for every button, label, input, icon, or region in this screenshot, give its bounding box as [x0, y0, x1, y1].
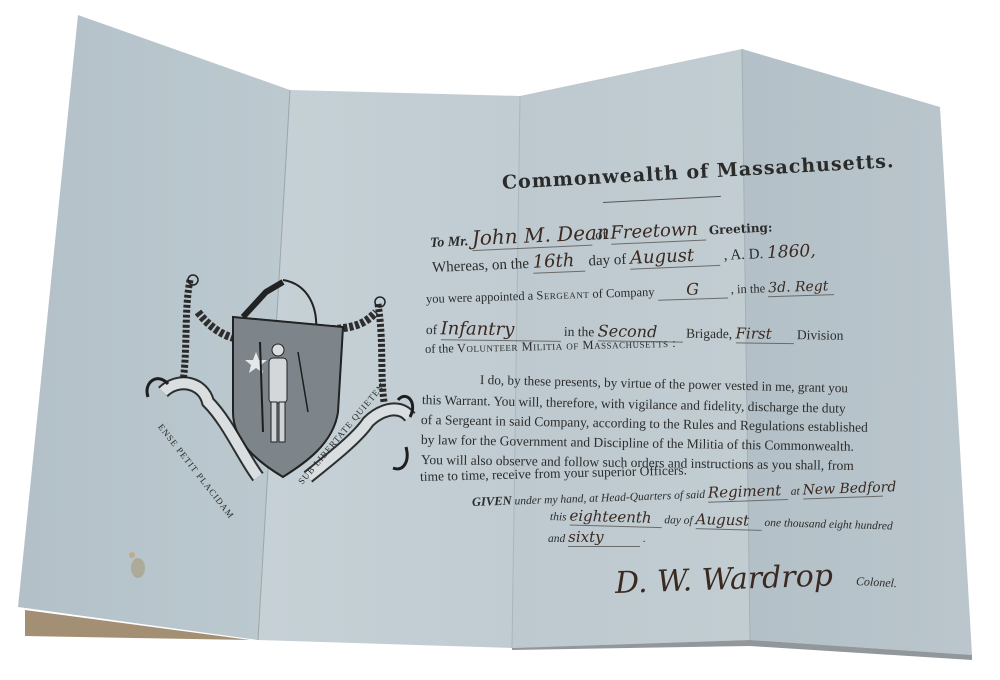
given-day: eighteenth: [569, 507, 661, 529]
rank: Sergeant: [536, 287, 589, 303]
to-label: To Mr.: [430, 234, 469, 251]
in-the-label: , in the: [731, 281, 766, 296]
whereas-prefix: Whereas, on the: [432, 256, 530, 276]
given-place: New Bedford: [802, 480, 883, 500]
given-line: GIVEN under my hand, at Head-Quarters of…: [472, 478, 883, 511]
appointment-year: 1860,: [767, 241, 816, 263]
at-label: at: [791, 486, 800, 498]
given-year: sixty: [568, 528, 640, 547]
given-label: GIVEN: [472, 494, 512, 509]
of-label-2: of: [426, 322, 437, 337]
given-text: under my hand, at Head-Quarters of said: [514, 489, 705, 508]
appointed-text: you were appointed a: [426, 289, 534, 306]
period: .: [643, 533, 646, 545]
recipient-name: John M. Dean: [471, 221, 592, 251]
and-label: and: [548, 533, 565, 545]
colonel-title: Colonel.: [856, 574, 898, 591]
recipient-town: Freetown: [610, 219, 706, 245]
brigade-label: Brigade,: [686, 326, 732, 342]
appointment-month: August: [630, 244, 721, 270]
title-rule: [603, 196, 721, 203]
this-label: this: [550, 511, 567, 523]
ad-label: , A. D.: [723, 246, 763, 264]
warrant-text: Commonwealth of Massachusetts. To Mr. Jo…: [0, 0, 1000, 680]
day-of-label-2: day of: [664, 514, 693, 527]
greeting-label: Greeting:: [709, 220, 773, 237]
document-photo: ENSE PETIT PLACIDAM SUB LIBERTATE QUIETE…: [0, 0, 1000, 680]
body-line-1: I do, by these presents, by virtue of th…: [480, 372, 848, 396]
militia-prefix: of the: [425, 341, 454, 356]
document-title: Commonwealth of Massachusetts.: [501, 150, 895, 194]
appointment-day: 16th: [532, 250, 585, 274]
given-year-line: and sixty .: [548, 528, 646, 547]
year-text: one thousand eight hundred: [764, 517, 893, 533]
division-label: Division: [797, 327, 844, 343]
body-line-4: by law for the Government and Discipline…: [421, 432, 854, 455]
regiment: 3d. Regt: [768, 278, 835, 297]
division-number: First: [735, 324, 793, 344]
of-label: of: [595, 228, 607, 244]
colonel-signature: D. W. Wardrop: [614, 558, 833, 601]
given-month: August: [695, 510, 762, 531]
company-letter: G: [657, 279, 728, 301]
day-of-label: day of: [588, 252, 627, 270]
given-unit: Regiment: [708, 481, 789, 503]
appointed-line: you were appointed a Sergeant of Company…: [426, 275, 835, 308]
company-label: of Company: [592, 285, 655, 301]
